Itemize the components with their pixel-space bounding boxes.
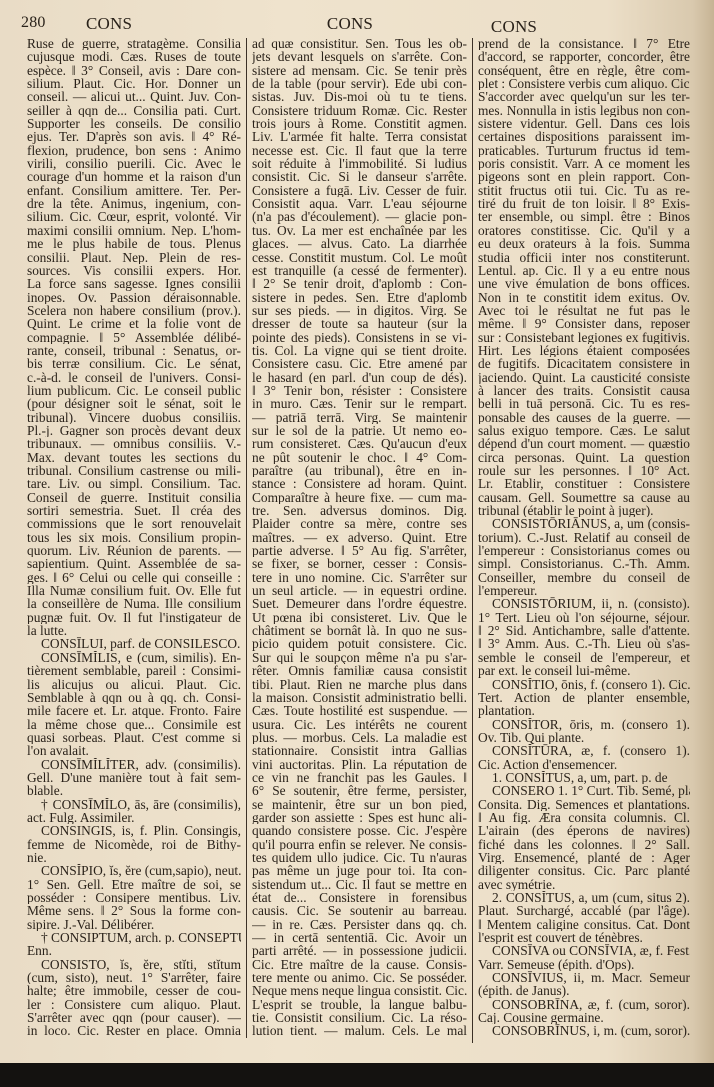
text-line: Consistere a fugā. Liv. Cesser de fuir. <box>252 184 467 197</box>
text-line: causis. Cic. Se soutenir au barreau. <box>252 904 467 917</box>
text-line: flexion, prudence, bon sens : Animo <box>27 144 241 157</box>
text-line: roule sur les personnes. ‖ 10° Act. <box>478 464 690 477</box>
text-line: CONSĪLUI, parf. de CONSILESCO. <box>27 637 241 650</box>
text-line: l'empereur. <box>478 584 690 597</box>
text-line: tiré du fruit de ton loisir. ‖ 8° Exis- <box>478 197 690 210</box>
text-line: Non in te constitit idem exitus. Ov. <box>478 291 690 304</box>
dictionary-page: 280 CONS CONS CONS Ruse de guerre, strat… <box>0 0 714 1063</box>
text-line: trois jours à Rome. Constitit agmen. <box>252 117 467 130</box>
text-line: qu'il pourra enfin se relever. Ne consis… <box>252 838 467 851</box>
text-line: Cic. Action d'ensemencer. <box>478 758 690 771</box>
text-line: tous les six mois. Consilium propin- <box>27 531 241 544</box>
text-line: mes. Nonnulla in istis legibus non con- <box>478 104 690 117</box>
text-line: courage d'un homme et la raison d'un <box>27 170 241 183</box>
text-line: Suet. Demeurer dans l'ordre équestre. <box>252 597 467 610</box>
text-line: est tranquille (a cessé de fermenter). <box>252 264 467 277</box>
text-line: studia officii inter nos constiterunt. <box>478 251 690 264</box>
text-line: à lancer des traits. Consistit causa <box>478 384 690 397</box>
text-line: Consistere triduum Romæ. Cic. Rester <box>252 104 467 117</box>
text-line: Comparaître à heure fixe. — cum ma- <box>252 491 467 504</box>
text-line: Caj. Cousine germaine. <box>478 1011 690 1024</box>
page-number: 280 <box>21 14 46 32</box>
text-line: me le plus habile de tous. Plenus <box>27 237 241 250</box>
text-line: plus. — morbus. Cels. La maladie est <box>252 731 467 744</box>
text-line: consistit. Cic. Si le danseur s'arrête. <box>252 170 467 183</box>
text-line: rante, conseil, tribunal : Senatus, or- <box>27 344 241 357</box>
text-line: mile facere et. Lr. atque. Fronto. Faire <box>27 704 241 717</box>
text-line: ce vin ne franchit pas les Gaules. ‖ <box>252 771 467 784</box>
text-line: se fixer, se borner, cesser : Consis- <box>252 557 467 570</box>
text-line: sistendum ut... Cic. Il faut se mettre e… <box>252 878 467 891</box>
text-line: même. ‖ 9° Consister dans, reposer <box>478 317 690 330</box>
column-divider-2 <box>472 38 473 1043</box>
text-line: plet : Consistere verbis cum aliquo. Cic… <box>478 77 690 90</box>
text-line: salus exiguo tempore. Cæs. Le salut <box>478 424 690 437</box>
text-line: picio quidem potuit consistere. Cic. <box>252 637 467 650</box>
text-line: quando consistere posse. Cic. J'espère <box>252 824 467 837</box>
text-line: L'airain (des éperons de navires) <box>478 824 690 837</box>
text-line: CONSISTŌRIĀNUS, a, um (consis- <box>478 517 690 530</box>
text-line: simpl. Consistorianus. C.-Th. Amm. <box>478 557 690 570</box>
text-line: compagnie. ‖ 5° Assemblée délibé- <box>27 331 241 344</box>
text-line: nie. <box>27 851 241 864</box>
text-line: tes quidem ullo judice. Cic. Tu n'auras <box>252 851 467 864</box>
text-line: de la table (pour servir). Ede ubi con- <box>252 77 467 90</box>
scan-border <box>0 1063 714 1087</box>
text-line: virili, consilio puerili. Cic. Avec le <box>27 157 241 170</box>
text-line: une vive émulation de bons offices. <box>478 277 690 290</box>
text-line: Quint. Le crime et la folie vont de <box>27 317 241 330</box>
text-line: 2. CONSĬTUS, a, um (cum, situs 2). <box>478 891 690 904</box>
text-line: Ov. Tib. Qui plante. <box>478 731 690 744</box>
text-line: sipire. J.-Val. Délibérer. <box>27 918 241 931</box>
text-line: circa personas. Quint. La question <box>478 451 690 464</box>
text-line: tre. Sen. adversus dominos. Dig. <box>252 504 467 517</box>
text-line: tis. Col. La vigne qui se tient droite. <box>252 344 467 357</box>
text-line: lium publicum. Cic. Le conseil public <box>27 384 241 397</box>
text-line: conséquent, être en règle, être com- <box>478 64 690 77</box>
text-line: enfant. Consilium amittere. Ter. Per- <box>27 184 241 197</box>
text-line: ponsable des causes de la guerre. — <box>478 411 690 424</box>
text-line: commissions que le sort renouvelait <box>27 517 241 530</box>
text-line: tibi. Plaut. Rien ne marche plus dans <box>252 678 467 691</box>
text-line: tere in uno nomine. Cic. S'arrêter sur <box>252 571 467 584</box>
text-line: maximi consilii omnium. Nep. L'hom- <box>27 224 241 237</box>
text-line: CONSĬTŪRA, æ, f. (consero 1). <box>478 744 690 757</box>
text-line: cujusque modi. Cæs. Ruses de toute <box>27 50 241 63</box>
text-line: Liv. L'armée fit halte. Terra consistat <box>252 130 467 143</box>
text-line: certaines dispositions paraissent im- <box>478 130 690 143</box>
text-line: stance : Consistere ad horam. Quint. <box>252 477 467 490</box>
text-line: blable. <box>27 784 241 797</box>
text-line: CONSĬPIO, ĭs, ĕre (cum,sapio), neut. <box>27 864 241 877</box>
text-line: dresser de toute sa hauteur (sur la <box>252 317 467 330</box>
text-line: Ut pœna ibi consisteret. Liv. Que le <box>252 611 467 624</box>
text-line: silium. Cic. Cœur, esprit, volonté. Vir <box>27 210 241 223</box>
text-line: CONSISTŌRIUM, ii, n. (consisto). <box>478 597 690 610</box>
text-line: Hirt. Les légions étaient composées <box>478 344 690 357</box>
text-line: Virg. Ensemencé, planté de : Ager <box>478 851 690 864</box>
text-line: l'empereur : Consistorianus comes ou <box>478 544 690 557</box>
text-line: jaciendo. Quint. La causticité consiste <box>478 371 690 384</box>
text-line: semble le conseil de l'empereur, et <box>478 651 690 664</box>
text-line: Lentul. ap. Cic. Il y a eu entre nous <box>478 264 690 277</box>
text-line: Plaut. Surchargé, accablé (par l'âge). <box>478 904 690 917</box>
text-line: posséder : Consipere mentibus. Liv. <box>27 891 241 904</box>
text-line: seiller à qqn de... Consilia pati. Curt. <box>27 104 241 117</box>
text-line: La force sans sagesse. Ignes consilii <box>27 277 241 290</box>
text-line: Même sens. ‖ 2° Sous la forme con- <box>27 904 241 917</box>
text-line: † CONSĪMĬLO, ās, āre (consimilis), <box>27 798 241 811</box>
text-line: Consistit aqua. Varr. L'eau séjourne <box>252 197 467 210</box>
text-line: praticables. Turturum fructus id tem- <box>478 144 690 157</box>
text-line: 1° Tert. Lieu où l'on séjourne, séjour. <box>478 611 690 624</box>
text-line: garder son assiette : Spes est hunc ali- <box>252 811 467 824</box>
text-line: sur : Consistebant legiones ex fugitivis… <box>478 331 690 344</box>
text-line: 6° Se soutenir, être ferme, persister, <box>252 784 467 797</box>
text-line: stitit fructus otii tui. Cic. Tu as re- <box>478 184 690 197</box>
text-line: c.-à-d. le conseil de l'univers. Consi- <box>27 371 241 384</box>
text-line: plantation. <box>478 704 690 717</box>
text-line: conseil. — alicui ut... Quint. Juv. Con- <box>27 90 241 103</box>
text-line: Plaider contre sa mère, contre ses <box>252 517 467 530</box>
text-line: ges. ‖ 6° Celui ou celle qui conseille : <box>27 571 241 584</box>
column-left: Ruse de guerre, stratagème. Consiliacuju… <box>27 37 241 1038</box>
text-line: torium). C.-Just. Relatif au conseil de <box>478 531 690 544</box>
text-line: (pour désigner soit le sénat, soit le <box>27 397 241 410</box>
text-line: femme de Nicomède, roi de Bithy- <box>27 838 241 851</box>
text-line: lution tient. — malum. Cels. Le mal <box>252 1024 467 1037</box>
text-line: soit réduite à l'immobilité. Si ludius <box>252 157 467 170</box>
text-line: vini auctoritas. Plin. La réputation de <box>252 758 467 771</box>
text-line: tie. Consistit consilium. Cic. La réso- <box>252 1011 467 1024</box>
text-line: sortiri semestria. Suet. Il créa des <box>27 504 241 517</box>
text-line: rum consisteret. Cæs. Qu'aucun d'eux <box>252 437 467 450</box>
text-line: tribunal (établir le point à juger). <box>478 504 690 517</box>
text-line: CONSĪMĬLĬTER, adv. (consimilis). <box>27 758 241 771</box>
text-line: le hasard (en parl. d'un coup de dés). <box>252 371 467 384</box>
text-line: CONSERO 1. 1° Curt. Tib. Semé, planté : <box>478 784 690 797</box>
text-line: Semblable à qqn ou à qq. ch. Consi- <box>27 691 241 704</box>
text-line: — in certā sententiā. Cic. Avoir un <box>252 931 467 944</box>
text-line: Supporter les conseils. De consilio <box>27 117 241 130</box>
text-line: sistere videntur. Gell. Dans ces lois <box>478 117 690 130</box>
text-line: tribunal). Vincere duobus consiliis. <box>27 411 241 424</box>
text-line: bis terræ consilium. Cic. Le sénat, <box>27 357 241 370</box>
text-line: ‖ 2° Sid. Antichambre, salle d'attente. <box>478 624 690 637</box>
text-line: Consita. Dig. Semences et plantations. <box>478 798 690 811</box>
text-line: par ext. le conseil lui-même. <box>478 664 690 677</box>
text-line: prend de la consistance. ‖ 7° Etre <box>478 37 690 50</box>
text-line: de fugitifs. Dicacitatem consistere in <box>478 357 690 370</box>
text-line: Consistere casu. Cic. Etre amené par <box>252 357 467 370</box>
text-line: usura. Cic. Les intérêts ne courent <box>252 718 467 731</box>
text-line: sistere ad mensam. Cic. Se tenir près <box>252 64 467 77</box>
text-line: pas même un juge pour toi. Ita con- <box>252 864 467 877</box>
text-line: sources. Vis consilii expers. Hor. <box>27 264 241 277</box>
text-line: S'accorder avec quelqu'un sur les ter- <box>478 90 690 103</box>
text-line: lis alicujus ou alicui. Plaut. Cic. <box>27 678 241 691</box>
text-line: Cæs. Toute hostilité est suspendue. — <box>252 704 467 717</box>
text-line: CONSĪVA ou CONSĪVIA, æ, f. Fest. <box>478 944 690 957</box>
text-line: Ruse de guerre, stratagème. Consilia <box>27 37 241 50</box>
text-line: paraître (au tribunal), être en in- <box>252 464 467 477</box>
text-line: Neque mens neque lingua consistit. Cic. <box>252 984 467 997</box>
text-line: 1. CONSĬTUS, a, um, part. p. de <box>478 771 690 784</box>
text-line: ‖ Mentem caligine consitus. Cat. Dont <box>478 918 690 931</box>
text-line: Conseiller, membre du conseil de <box>478 571 690 584</box>
column-right: prend de la consistance. ‖ 7° Etred'acco… <box>478 37 690 1038</box>
text-line: pointe des pieds). Consistens in se vi- <box>252 331 467 344</box>
text-line: Illa Numæ consilium fuit. Ov. Elle fut <box>27 584 241 597</box>
text-line: avec symétrie. <box>478 878 690 891</box>
text-line: dépend d'un court moment. — quæstio <box>478 437 690 450</box>
text-line: sapientium. Quint. Assemblée de sa- <box>27 557 241 570</box>
text-line: CONSISTO, ĭs, ĕre, stĭti, stĭtum <box>27 958 241 971</box>
text-line: tribunal. Consilium castrense ou mili- <box>27 464 241 477</box>
text-line: partie adverse. ‖ 5° Au fig. S'arrêter, <box>252 544 467 557</box>
text-line: CONSĬTIO, ōnis, f. (consero 1). Cic. <box>478 678 690 691</box>
text-line: diligenter consitus. Cic. Parc planté <box>478 864 690 877</box>
left-guide-word: CONS <box>86 14 132 34</box>
text-line: oratores constitisse. Cic. Qu'il y a <box>478 224 690 237</box>
text-line: tièrement semblable, pareil : Consimi- <box>27 664 241 677</box>
text-line: un seul article. — in equestri ordine. <box>252 584 467 597</box>
text-line: — in re. Cæs. Persister dans qq. ch. <box>252 918 467 931</box>
text-line: ejus. Ter. D'après son avis. ‖ 4° Ré- <box>27 130 241 143</box>
text-line: la conseillère de Numa. Ille consilium <box>27 597 241 610</box>
text-line: la même chose que... Consimile est <box>27 718 241 731</box>
text-line: jets devant lesquels on s'arrête. Con- <box>252 50 467 63</box>
text-line: Enn. <box>27 944 241 957</box>
text-line: quasi sorbeas. Plaut. C'est comme si <box>27 731 241 744</box>
text-line: Pl.-j. Gagner son procès devant deux <box>27 424 241 437</box>
text-line: glaces. — alvus. Cato. La diarrhée <box>252 237 467 250</box>
text-line: parti arrêté. — in possessione judicii. <box>252 944 467 957</box>
text-line: quorum. Liv. Réunion de parents. — <box>27 544 241 557</box>
text-line: l'esprit est couvert de ténèbres. <box>478 931 690 944</box>
text-line: — patriā terrā. Virg. Se maintenir <box>252 411 467 424</box>
text-line: maîtres. — ex adverso. Quint. Etre <box>252 531 467 544</box>
text-line: ad quæ consistitur. Sen. Tous les ob- <box>252 37 467 50</box>
text-line: causam. Gell. Soumettre sa cause au <box>478 491 690 504</box>
text-line: act. Fulg. Assimiler. <box>27 811 241 824</box>
text-line: in loco. Cic. Rester en place. Omnia <box>27 1024 241 1037</box>
right-guide-word: CONS <box>414 17 614 37</box>
text-line: cesse. Constitit mustum. Col. Le moût <box>252 251 467 264</box>
text-line: Max. devant toutes les sections du <box>27 451 241 464</box>
text-line: fiché dans les colonnes. ‖ 2° Sall. <box>478 838 690 851</box>
text-line: l'on avalait. <box>27 744 241 757</box>
text-line: ‖ Au fig. Æra consita columnis. Cl. <box>478 811 690 824</box>
text-line: eu deux orateurs à la fois. Summa <box>478 237 690 250</box>
text-line: Cic. Etre maître de la cause. Consis- <box>252 958 467 971</box>
text-line: ‖ 2° Se tenir droit, d'aplomb : Con- <box>252 277 467 290</box>
text-line: dre la tête. Animus, ingenium, con- <box>27 197 241 210</box>
text-line: CONSĪMĬLIS, e (cum, similis). En- <box>27 651 241 664</box>
text-line: Avec toi le résultat ne fut pas le <box>478 304 690 317</box>
text-line: S'arrêter avec qqn (pour causer). — <box>27 1011 241 1024</box>
text-line: (n'a pas d'écoulement). — glacie pon- <box>252 210 467 223</box>
text-line: Scelera non habere consilium (prov.). <box>27 304 241 317</box>
text-line: sistere in pedes. Sen. Etre d'aplomb <box>252 291 467 304</box>
text-line: sistas. Juv. Dis-moi où tu te tiens. <box>252 90 467 103</box>
text-line: CONSOBRĪNA, æ, f. (cum, soror). <box>478 998 690 1011</box>
text-line: Varr. Semeuse (épith. d'Ops). <box>478 958 690 971</box>
text-line: ler : Consistere cum aliquo. Plaut. <box>27 998 241 1011</box>
text-line: necesse est. Cic. Il faut que la terre <box>252 144 467 157</box>
text-line: 1° Sen. Gell. Etre maître de soi, se <box>27 878 241 891</box>
text-line: Gell. D'une manière tout à fait sem- <box>27 771 241 784</box>
text-line: sur ses pieds. — in digitos. Virg. Se <box>252 304 467 317</box>
text-line: Tert. Action de planter ensemble, <box>478 691 690 704</box>
text-line: la maison. Consistit administratio belli… <box>252 691 467 704</box>
text-line: pugnæ fuit. Ov. Il fut l'instigateur de <box>27 611 241 624</box>
text-line: inopes. Ov. Passion déraisonnable. <box>27 291 241 304</box>
text-line: Conseil de guerre. Instituit consilia <box>27 491 241 504</box>
text-line: consilii. Plaut. Nep. Plein de res- <box>27 251 241 264</box>
text-line: ne pût soutenir le choc. ‖ 4° Com- <box>252 451 467 464</box>
text-line: tare. Liv. ou simpl. Consilium. Tac. <box>27 477 241 490</box>
text-line: Sur qui le soupçon même n'a pu s'ar- <box>252 651 467 664</box>
text-line: tribunaux. — omnibus consiliis. V.- <box>27 437 241 450</box>
text-line: se maintenir, être sur un bon pied, <box>252 798 467 811</box>
text-line: CONSĪVIUS, ii, m. Macr. Semeur <box>478 971 690 984</box>
text-line: Lr. Etablir, constituer : Consistere <box>478 477 690 490</box>
text-line: belli in tuā personā. Cic. Tu es res- <box>478 397 690 410</box>
text-line: stationnaire. Consistit intra Gallias <box>252 744 467 757</box>
text-line: état de... Consistere in forensibus <box>252 891 467 904</box>
text-line: ‖ 3° Amm. Aus. C.-Th. Lieu où s'as- <box>478 637 690 650</box>
text-line: (épith. de Janus). <box>478 984 690 997</box>
text-line: silium. Plaut. Cic. Hor. Donner un <box>27 77 241 90</box>
column-middle: ad quæ consistitur. Sen. Tous les ob-jet… <box>252 37 467 1038</box>
text-line: ter ensemble, ou simpl. être : Binos <box>478 210 690 223</box>
text-line: ‖ 3° Tenir bon, résister : Consistere <box>252 384 467 397</box>
text-line: CONSOBRĪNUS, i, m. (cum, soror). <box>478 1024 690 1037</box>
text-line: la lutte. <box>27 624 241 637</box>
text-line: sur le sol de la patrie. Ut nemo eo- <box>252 424 467 437</box>
text-line: d'accord, se rapporter, concorder, être <box>478 50 690 63</box>
text-line: rêter. Omnis familiæ causa consistit <box>252 664 467 677</box>
text-line: (cum, sisto), neut. 1° S'arrêter, faire <box>27 971 241 984</box>
text-line: L'esprit se trouble, la langue balbu- <box>252 998 467 1011</box>
column-divider-1 <box>246 38 247 1038</box>
text-line: châtiment se bornât là. In quo ne sus- <box>252 624 467 637</box>
text-line: espèce. ‖ 3° Conseil, avis : Dare con- <box>27 64 241 77</box>
text-line: in muro. Cæs. Tenir sur le rempart. <box>252 397 467 410</box>
text-line: halte; être immobile, cesser de cou- <box>27 984 241 997</box>
text-line: tus. Ov. La mer est enchaînée par les <box>252 224 467 237</box>
text-line: CONSINGIS, is, f. Plin. Consingis, <box>27 824 241 837</box>
text-line: pigeons sont en plein rapport. Con- <box>478 170 690 183</box>
text-line: tere mente ou animo. Cic. Se posséder. <box>252 971 467 984</box>
text-line: poris consistit. Varr. A ce moment les <box>478 157 690 170</box>
text-line: CONSĬTOR, ōris, m. (consero 1). <box>478 718 690 731</box>
text-line: † CONSIPTUM, arch. p. CONSEPTUM. <box>27 931 241 944</box>
